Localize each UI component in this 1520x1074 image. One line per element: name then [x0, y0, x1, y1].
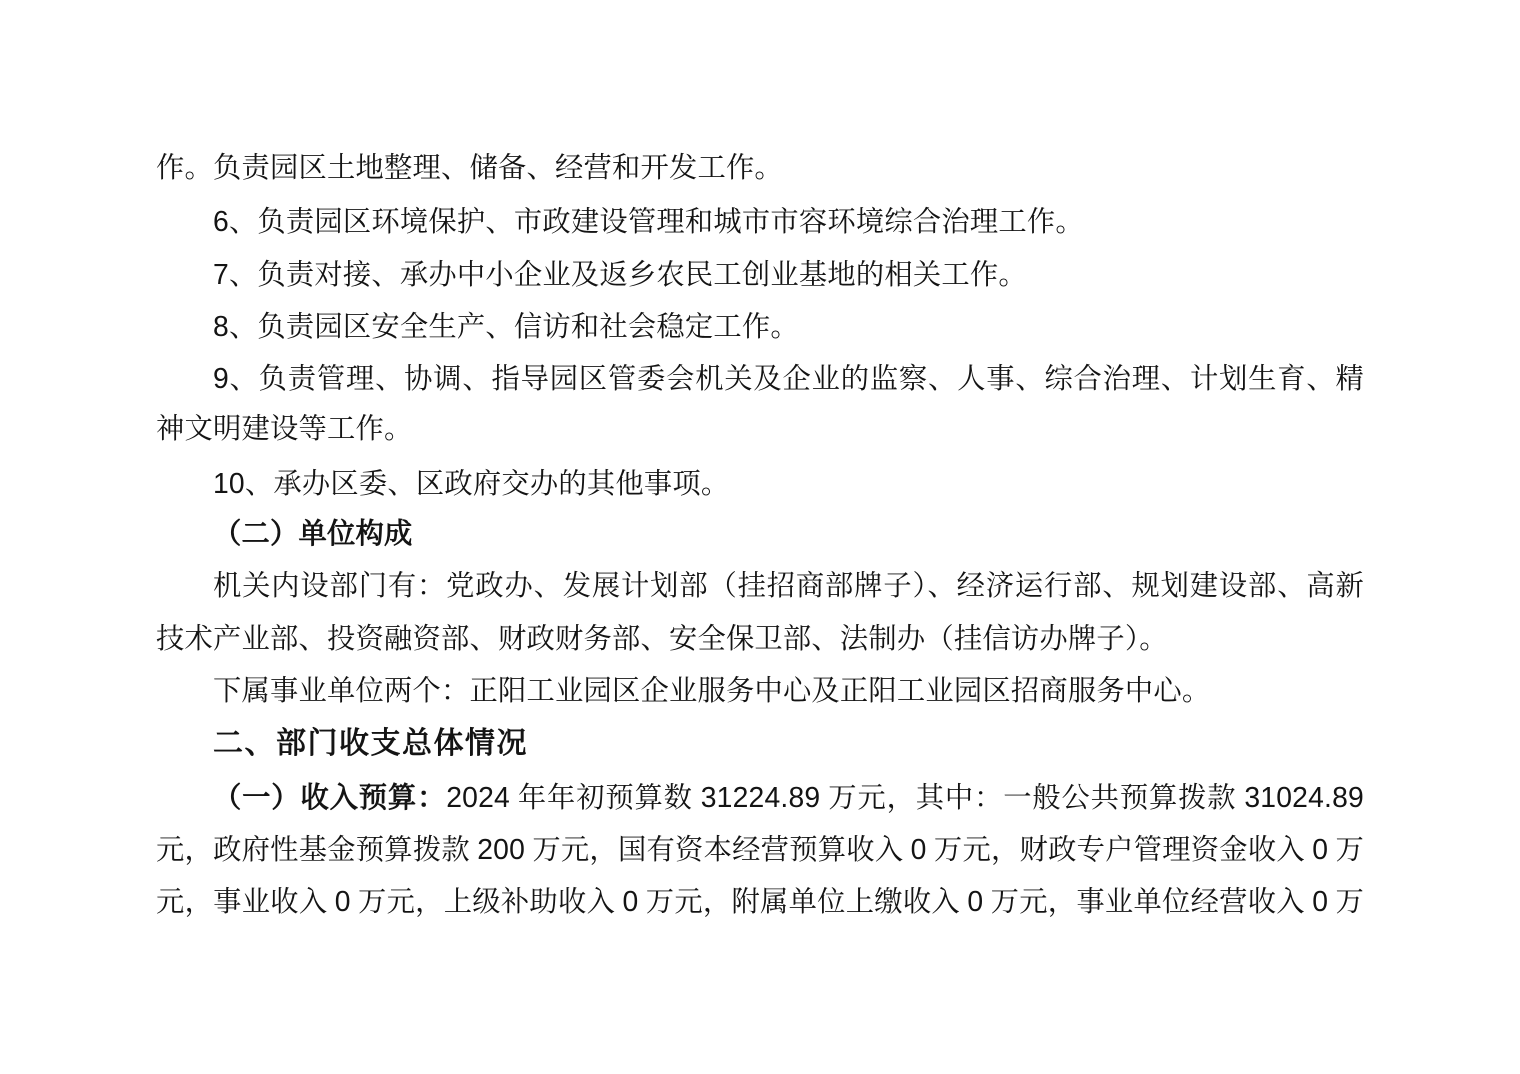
internal-departments-line-2: 技术产业部、投资融资部、财政财务部、安全保卫部、法制办（挂信访办牌子）。: [156, 614, 1364, 666]
duty-item-6: 6、负责园区环境保护、市政建设管理和城市市容环境综合治理工作。: [156, 195, 1364, 247]
duty-item-8: 8、负责园区安全生产、信访和社会稳定工作。: [156, 300, 1364, 352]
numeric-text: 0: [967, 885, 983, 917]
section-heading-budget-overview: 二、部门收支总体情况: [156, 718, 1364, 770]
numeric-text: 31224.89: [701, 781, 821, 813]
numeric-text: 8: [213, 310, 229, 342]
numeric-text: 7: [213, 258, 229, 290]
duty-item-10: 10、承办区委、区政府交办的其他事项。: [156, 457, 1364, 509]
numeric-text: 0: [335, 885, 351, 917]
numeric-text: 0: [1312, 885, 1328, 917]
numeric-text: 10: [213, 467, 245, 499]
duty-item-9-line-1: 9、负责管理、协调、指导园区管委会机关及企业的监察、人事、综合治理、计划生育、精: [156, 352, 1364, 404]
document-page: 作。负责园区土地整理、储备、经营和开发工作。 6、负责园区环境保护、市政建设管理…: [0, 0, 1520, 1074]
numeric-text: 0: [1312, 833, 1328, 865]
subordinate-units-line: 下属事业单位两个：正阳工业园区企业服务中心及正阳工业园区招商服务中心。: [156, 666, 1364, 718]
numeric-text: 2024: [446, 781, 510, 813]
subsection-heading-unit-composition: （二）单位构成: [156, 509, 1364, 561]
duty-item-9-line-2: 神文明建设等工作。: [156, 404, 1364, 456]
numeric-text: 0: [622, 885, 638, 917]
income-budget-lead-label: （一）收入预算：: [213, 783, 446, 814]
numeric-text: 9: [213, 362, 229, 394]
income-budget-line-2: 元，政府性基金预算拨款 200 万元，国有资本经营预算收入 0 万元，财政专户管…: [156, 823, 1364, 875]
numeric-text: 0: [911, 833, 927, 865]
numeric-text: 31024.89: [1244, 781, 1364, 813]
duty-item-7: 7、负责对接、承办中小企业及返乡农民工创业基地的相关工作。: [156, 248, 1364, 300]
income-budget-line-3: 元，事业收入 0 万元，上级补助收入 0 万元，附属单位上缴收入 0 万元，事业…: [156, 875, 1364, 927]
paragraph-continuation-line: 作。负责园区土地整理、储备、经营和开发工作。: [156, 143, 1364, 195]
income-budget-line-1: （一）收入预算：2024 年年初预算数 31224.89 万元，其中：一般公共预…: [156, 771, 1364, 823]
internal-departments-line-1: 机关内设部门有：党政办、发展计划部（挂招商部牌子）、经济运行部、规划建设部、高新: [156, 561, 1364, 613]
document-body: 作。负责园区土地整理、储备、经营和开发工作。 6、负责园区环境保护、市政建设管理…: [156, 143, 1364, 927]
numeric-text: 6: [213, 205, 229, 237]
numeric-text: 200: [477, 833, 525, 865]
